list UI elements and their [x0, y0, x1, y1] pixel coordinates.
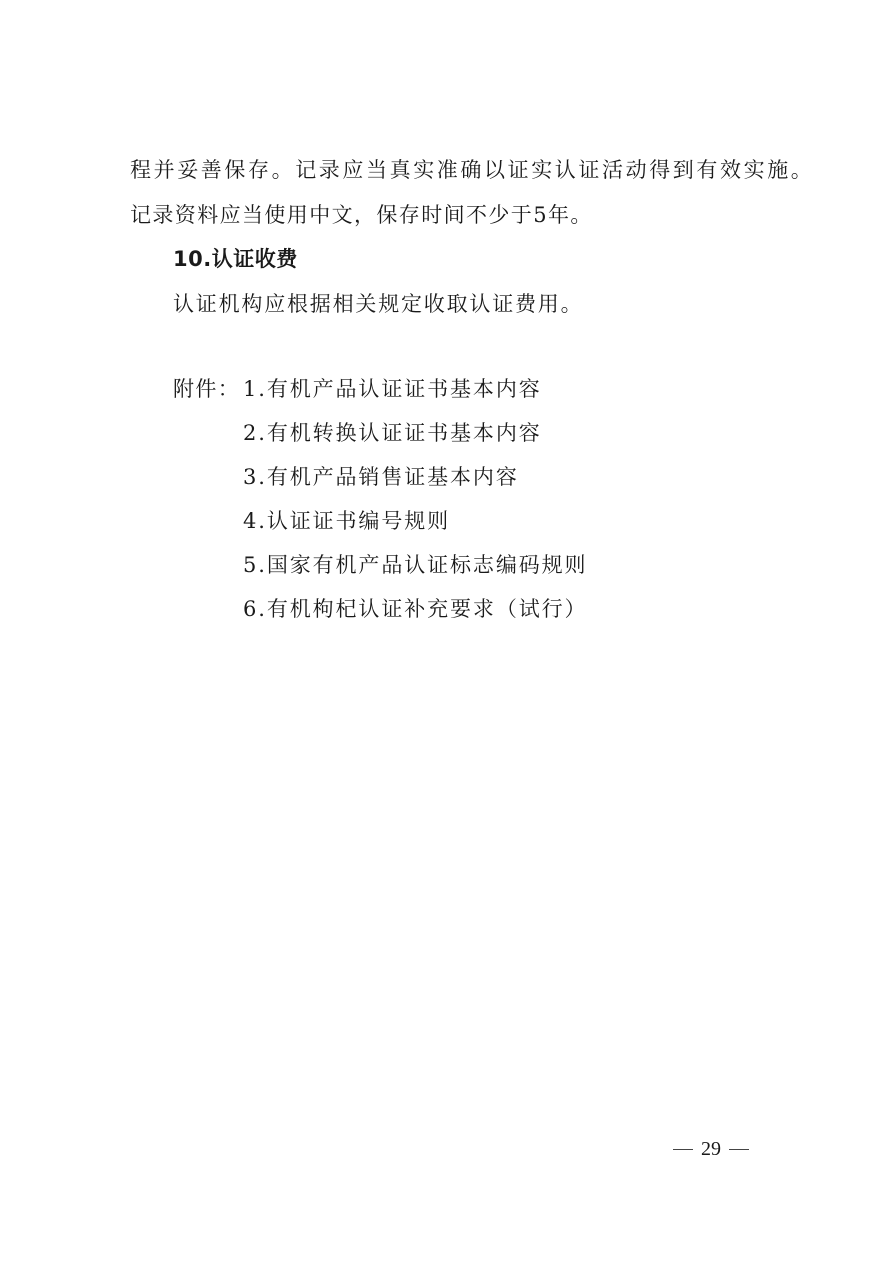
- dash-decoration: [673, 1149, 693, 1150]
- attachment-item: 4.认证证书编号规则: [243, 506, 450, 536]
- dash-decoration: [729, 1149, 749, 1150]
- attachment-item: 6.有机枸杞认证补充要求（试行）: [243, 594, 587, 624]
- attachment-item: 2.有机转换认证证书基本内容: [243, 418, 542, 448]
- section-text: 认证机构应根据相关规定收取认证费用。: [173, 289, 583, 319]
- section-heading: 10.认证收费: [173, 244, 298, 274]
- page-number-text: 29: [701, 1138, 721, 1161]
- attachment-item: 5.国家有机产品认证标志编码规则: [243, 550, 587, 580]
- attachments-label: 附件：: [173, 374, 240, 404]
- attachment-item: 3.有机产品销售证基本内容: [243, 462, 519, 492]
- paragraph-text: 程并妥善保存。记录应当真实准确以证实认证活动得到有效实施。: [130, 155, 814, 185]
- attachment-item: 1.有机产品认证证书基本内容: [243, 374, 542, 404]
- paragraph-text: 记录资料应当使用中文，保存时间不少于5年。: [130, 200, 593, 230]
- page-number: 29: [673, 1138, 749, 1161]
